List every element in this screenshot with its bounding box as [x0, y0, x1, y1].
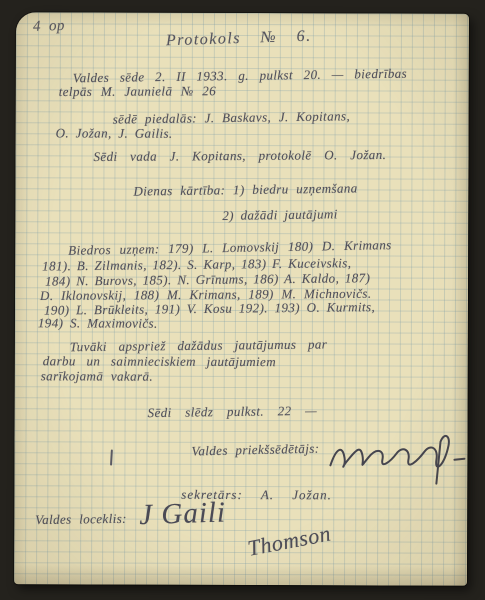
chairman-signature-scribble — [326, 425, 466, 487]
margin-mark — [110, 450, 113, 466]
text-line: O. Jožan, J. Gailis. — [56, 125, 173, 141]
text-line: Sēdi vada J. Kopitans, protokolē O. Joža… — [93, 147, 386, 165]
text-line: 194) S. Maximovičs. — [38, 315, 158, 331]
page-corner-note: 4 op — [33, 18, 65, 36]
member-signature: J Gaili — [139, 496, 227, 532]
text-line: 2) dažādi jautājumi — [222, 206, 338, 224]
text-line: Valdes loceklis: — [35, 511, 127, 528]
notebook-page: 4 op Protokols № 6. Valdes sēde 2. II 19… — [14, 12, 469, 586]
text-line: sarīkojamā vakarā. — [41, 368, 153, 384]
scanned-document: 4 op Protokols № 6. Valdes sēde 2. II 19… — [0, 0, 485, 600]
text-line: Tuvāki apspriež dažādus jautājumus par — [70, 337, 328, 356]
text-line: telpās M. Jaunielā № 26 — [59, 83, 216, 100]
text-line: Valdes priekšsēdētājs: — [191, 441, 319, 460]
document-title: Protokols № 6. — [166, 28, 312, 51]
text-line: Sēdi slēdz pulkst. 22 — — [148, 403, 318, 421]
second-signature: Thomson — [245, 521, 333, 562]
text-line: Dienas kārtība: 1) biedru uzņemšana — [133, 180, 357, 199]
